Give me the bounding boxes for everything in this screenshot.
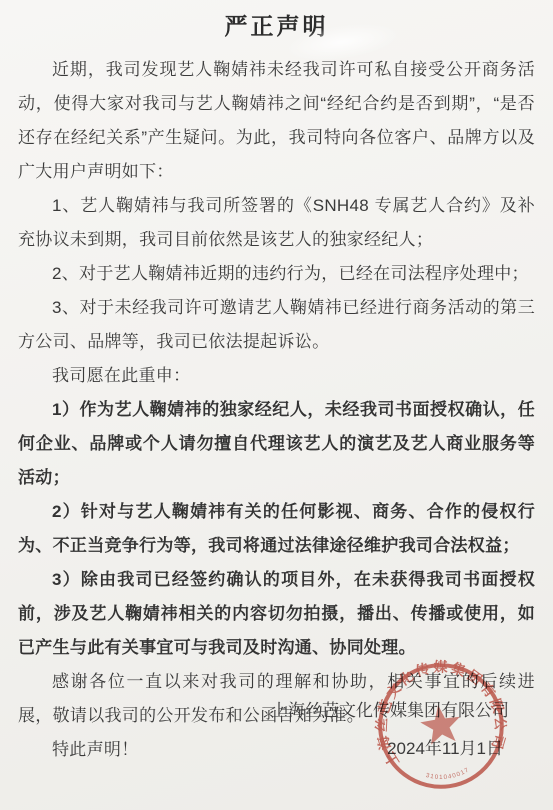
paragraph: 3）除由我司已经签约确认的项目外，在未获得我司书面授权前，涉及艺人鞠婧祎相关的内…	[18, 563, 535, 665]
paragraph: 2、对于艺人鞠婧祎近期的违约行为，已经在司法程序处理中；	[18, 257, 535, 291]
paragraph: 3、对于未经我司许可邀请艺人鞠婧祎已经进行商务活动的第三方公司、品牌等，我司已依…	[18, 291, 535, 359]
document-body: 近期，我司发现艺人鞠婧祎未经我司许可私自接受公开商务活动，使得大家对我司与艺人鞠…	[0, 53, 553, 767]
signature-company: 上海丝芭文化传媒集团有限公司	[271, 699, 509, 723]
paragraph: 2）针对与艺人鞠婧祎有关的任何影视、商务、合作的侵权行为、不正当竞争行为等，我司…	[18, 495, 535, 563]
signature-block: 上海丝芭文化传媒集团有限公司 2024年11月1日	[271, 699, 509, 761]
paragraph: 1）作为艺人鞠婧祎的独家经纪人，未经我司书面授权确认，任何企业、品牌或个人请勿擅…	[18, 393, 535, 495]
signature-date: 2024年11月1日	[271, 737, 509, 761]
statement-document: 严正声明 近期，我司发现艺人鞠婧祎未经我司许可私自接受公开商务活动，使得大家对我…	[0, 0, 553, 810]
paragraph: 我司愿在此重申：	[18, 359, 535, 393]
seal-serial-number: 3101040017	[424, 766, 471, 784]
document-title: 严正声明	[0, 8, 553, 41]
paragraph: 1、艺人鞠婧祎与我司所签署的《SNH48 专属艺人合约》及补充协议未到期，我司目…	[18, 189, 535, 257]
paragraph: 近期，我司发现艺人鞠婧祎未经我司许可私自接受公开商务活动，使得大家对我司与艺人鞠…	[18, 53, 535, 189]
